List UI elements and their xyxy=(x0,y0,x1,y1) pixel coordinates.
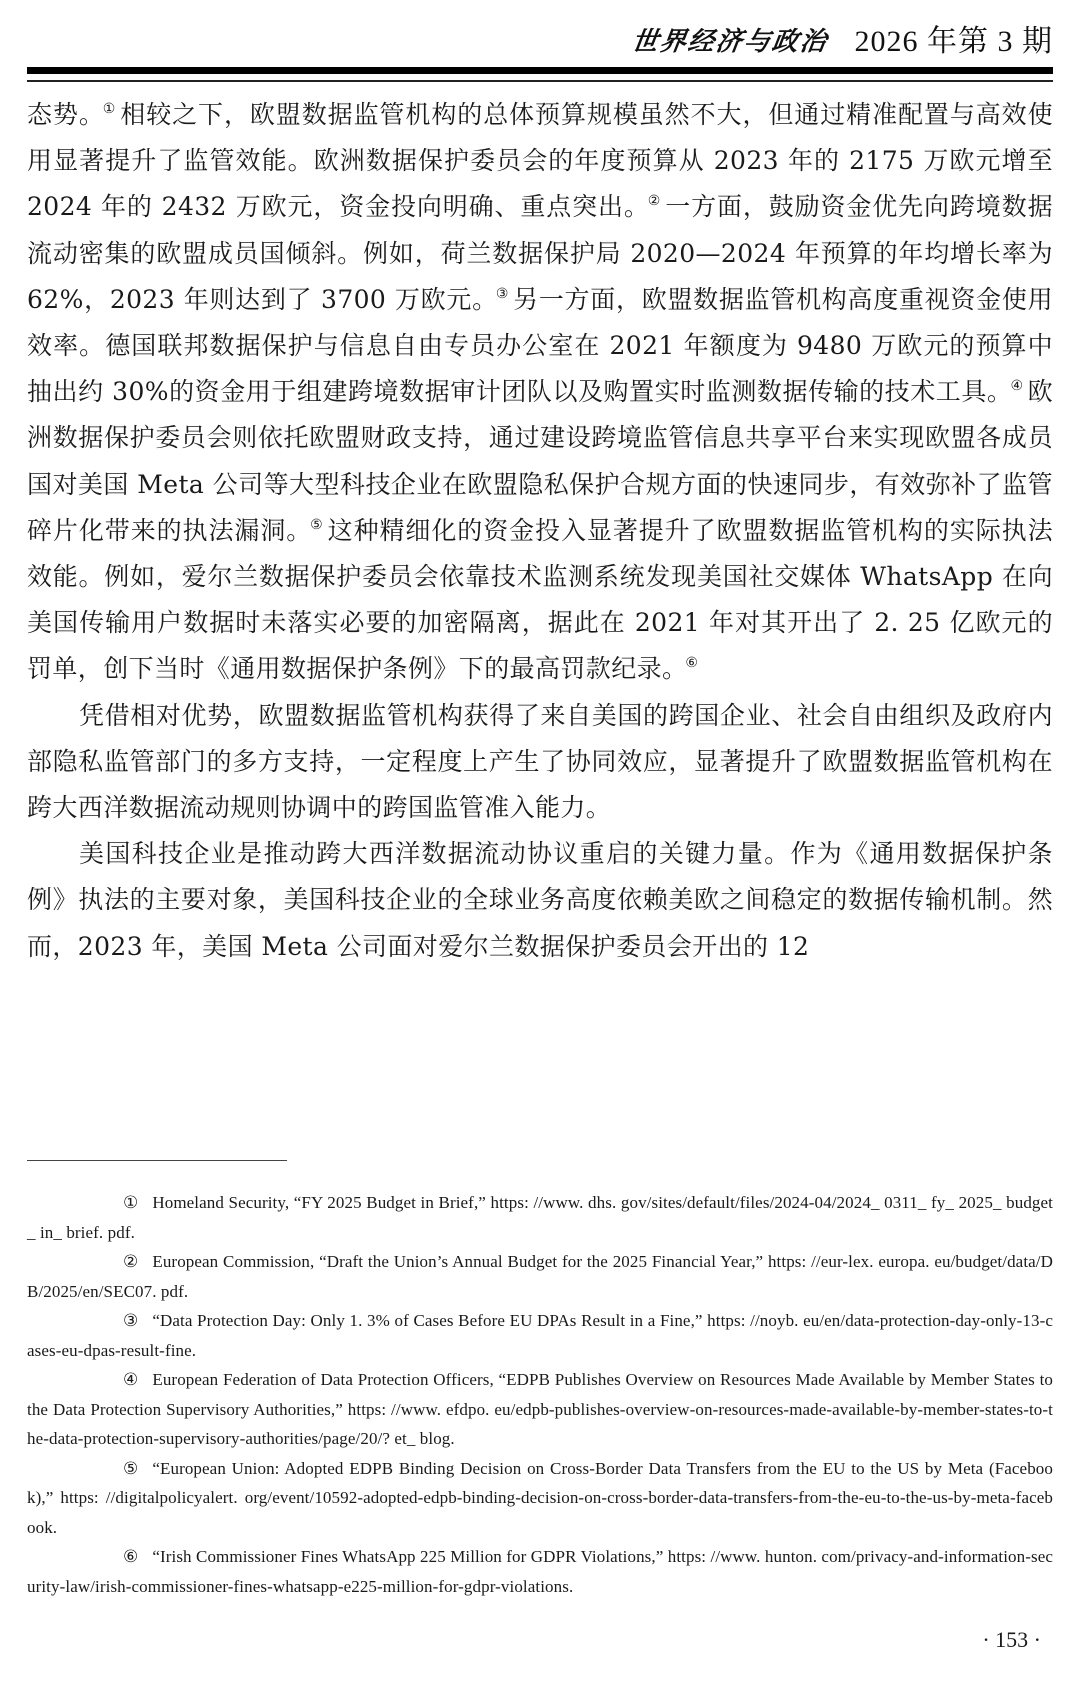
body-text: 态势。①相较之下，欧盟数据监管机构的总体预算规模虽然不大，但通过精准配置与高效使… xyxy=(27,92,1053,970)
issue-label: 2026 年第 3 期 xyxy=(855,22,1054,62)
footnote-2: ②European Commission, “Draft the Union’s… xyxy=(27,1247,1053,1306)
footnote-number: ④ xyxy=(75,1365,138,1395)
footnote-text: “European Union: Adopted EDPB Binding De… xyxy=(27,1459,1053,1537)
paragraph-2: 凭借相对优势，欧盟数据监管机构获得了来自美国的跨国企业、社会自由组织及政府内部隐… xyxy=(27,693,1053,832)
footnote-number: ② xyxy=(75,1247,138,1277)
footnote-1: ①Homeland Security, “FY 2025 Budget in B… xyxy=(27,1188,1053,1247)
paragraph-segment: 态势。 xyxy=(27,100,105,129)
footnote-text: European Federation of Data Protection O… xyxy=(27,1370,1053,1448)
running-header: 世界经济与政治 2026 年第 3 期 xyxy=(632,18,1053,62)
paragraph-1: 态势。①相较之下，欧盟数据监管机构的总体预算规模虽然不大，但通过精准配置与高效使… xyxy=(27,92,1053,693)
header-rule-thin xyxy=(27,80,1053,82)
footnote-number: ③ xyxy=(75,1306,138,1336)
footnote-ref-4[interactable]: ④ xyxy=(1010,378,1023,394)
document-page: 世界经济与政治 2026 年第 3 期 态势。①相较之下，欧盟数据监管机构的总体… xyxy=(27,0,1053,1689)
footnote-number: ① xyxy=(75,1188,138,1218)
footnote-text: European Commission, “Draft the Union’s … xyxy=(27,1252,1053,1301)
footnote-ref-3[interactable]: ③ xyxy=(496,286,509,302)
footnote-separator xyxy=(27,1160,287,1161)
footnote-ref-6[interactable]: ⑥ xyxy=(685,655,698,671)
footnote-text: Homeland Security, “FY 2025 Budget in Br… xyxy=(27,1193,1053,1242)
journal-title: 世界经济与政治 xyxy=(630,22,832,62)
page-number: · 153 · xyxy=(982,1627,1041,1653)
footnote-5: ⑤“European Union: Adopted EDPB Binding D… xyxy=(27,1454,1053,1543)
header-rule-thick xyxy=(27,67,1053,74)
footnote-3: ③“Data Protection Day: Only 1. 3% of Cas… xyxy=(27,1306,1053,1365)
footnote-4: ④European Federation of Data Protection … xyxy=(27,1365,1053,1454)
footnote-text: “Irish Commissioner Fines WhatsApp 225 M… xyxy=(27,1547,1053,1596)
footnote-text: “Data Protection Day: Only 1. 3% of Case… xyxy=(27,1311,1053,1360)
footnote-6: ⑥“Irish Commissioner Fines WhatsApp 225 … xyxy=(27,1542,1053,1601)
footnote-ref-2[interactable]: ② xyxy=(648,193,661,209)
footnote-number: ⑥ xyxy=(75,1542,138,1572)
paragraph-segment: 凭借相对优势，欧盟数据监管机构获得了来自美国的跨国企业、社会自由组织及政府内部隐… xyxy=(27,701,1053,822)
footnote-ref-1[interactable]: ① xyxy=(103,101,116,117)
footnote-ref-5[interactable]: ⑤ xyxy=(310,517,323,533)
paragraph-segment: 美国科技企业是推动跨大西洋数据流动协议重启的关键力量。作为《通用数据保护条例》执… xyxy=(27,839,1053,960)
footnotes: ①Homeland Security, “FY 2025 Budget in B… xyxy=(27,1188,1053,1601)
footnote-number: ⑤ xyxy=(75,1454,138,1484)
paragraph-3: 美国科技企业是推动跨大西洋数据流动协议重启的关键力量。作为《通用数据保护条例》执… xyxy=(27,831,1053,970)
